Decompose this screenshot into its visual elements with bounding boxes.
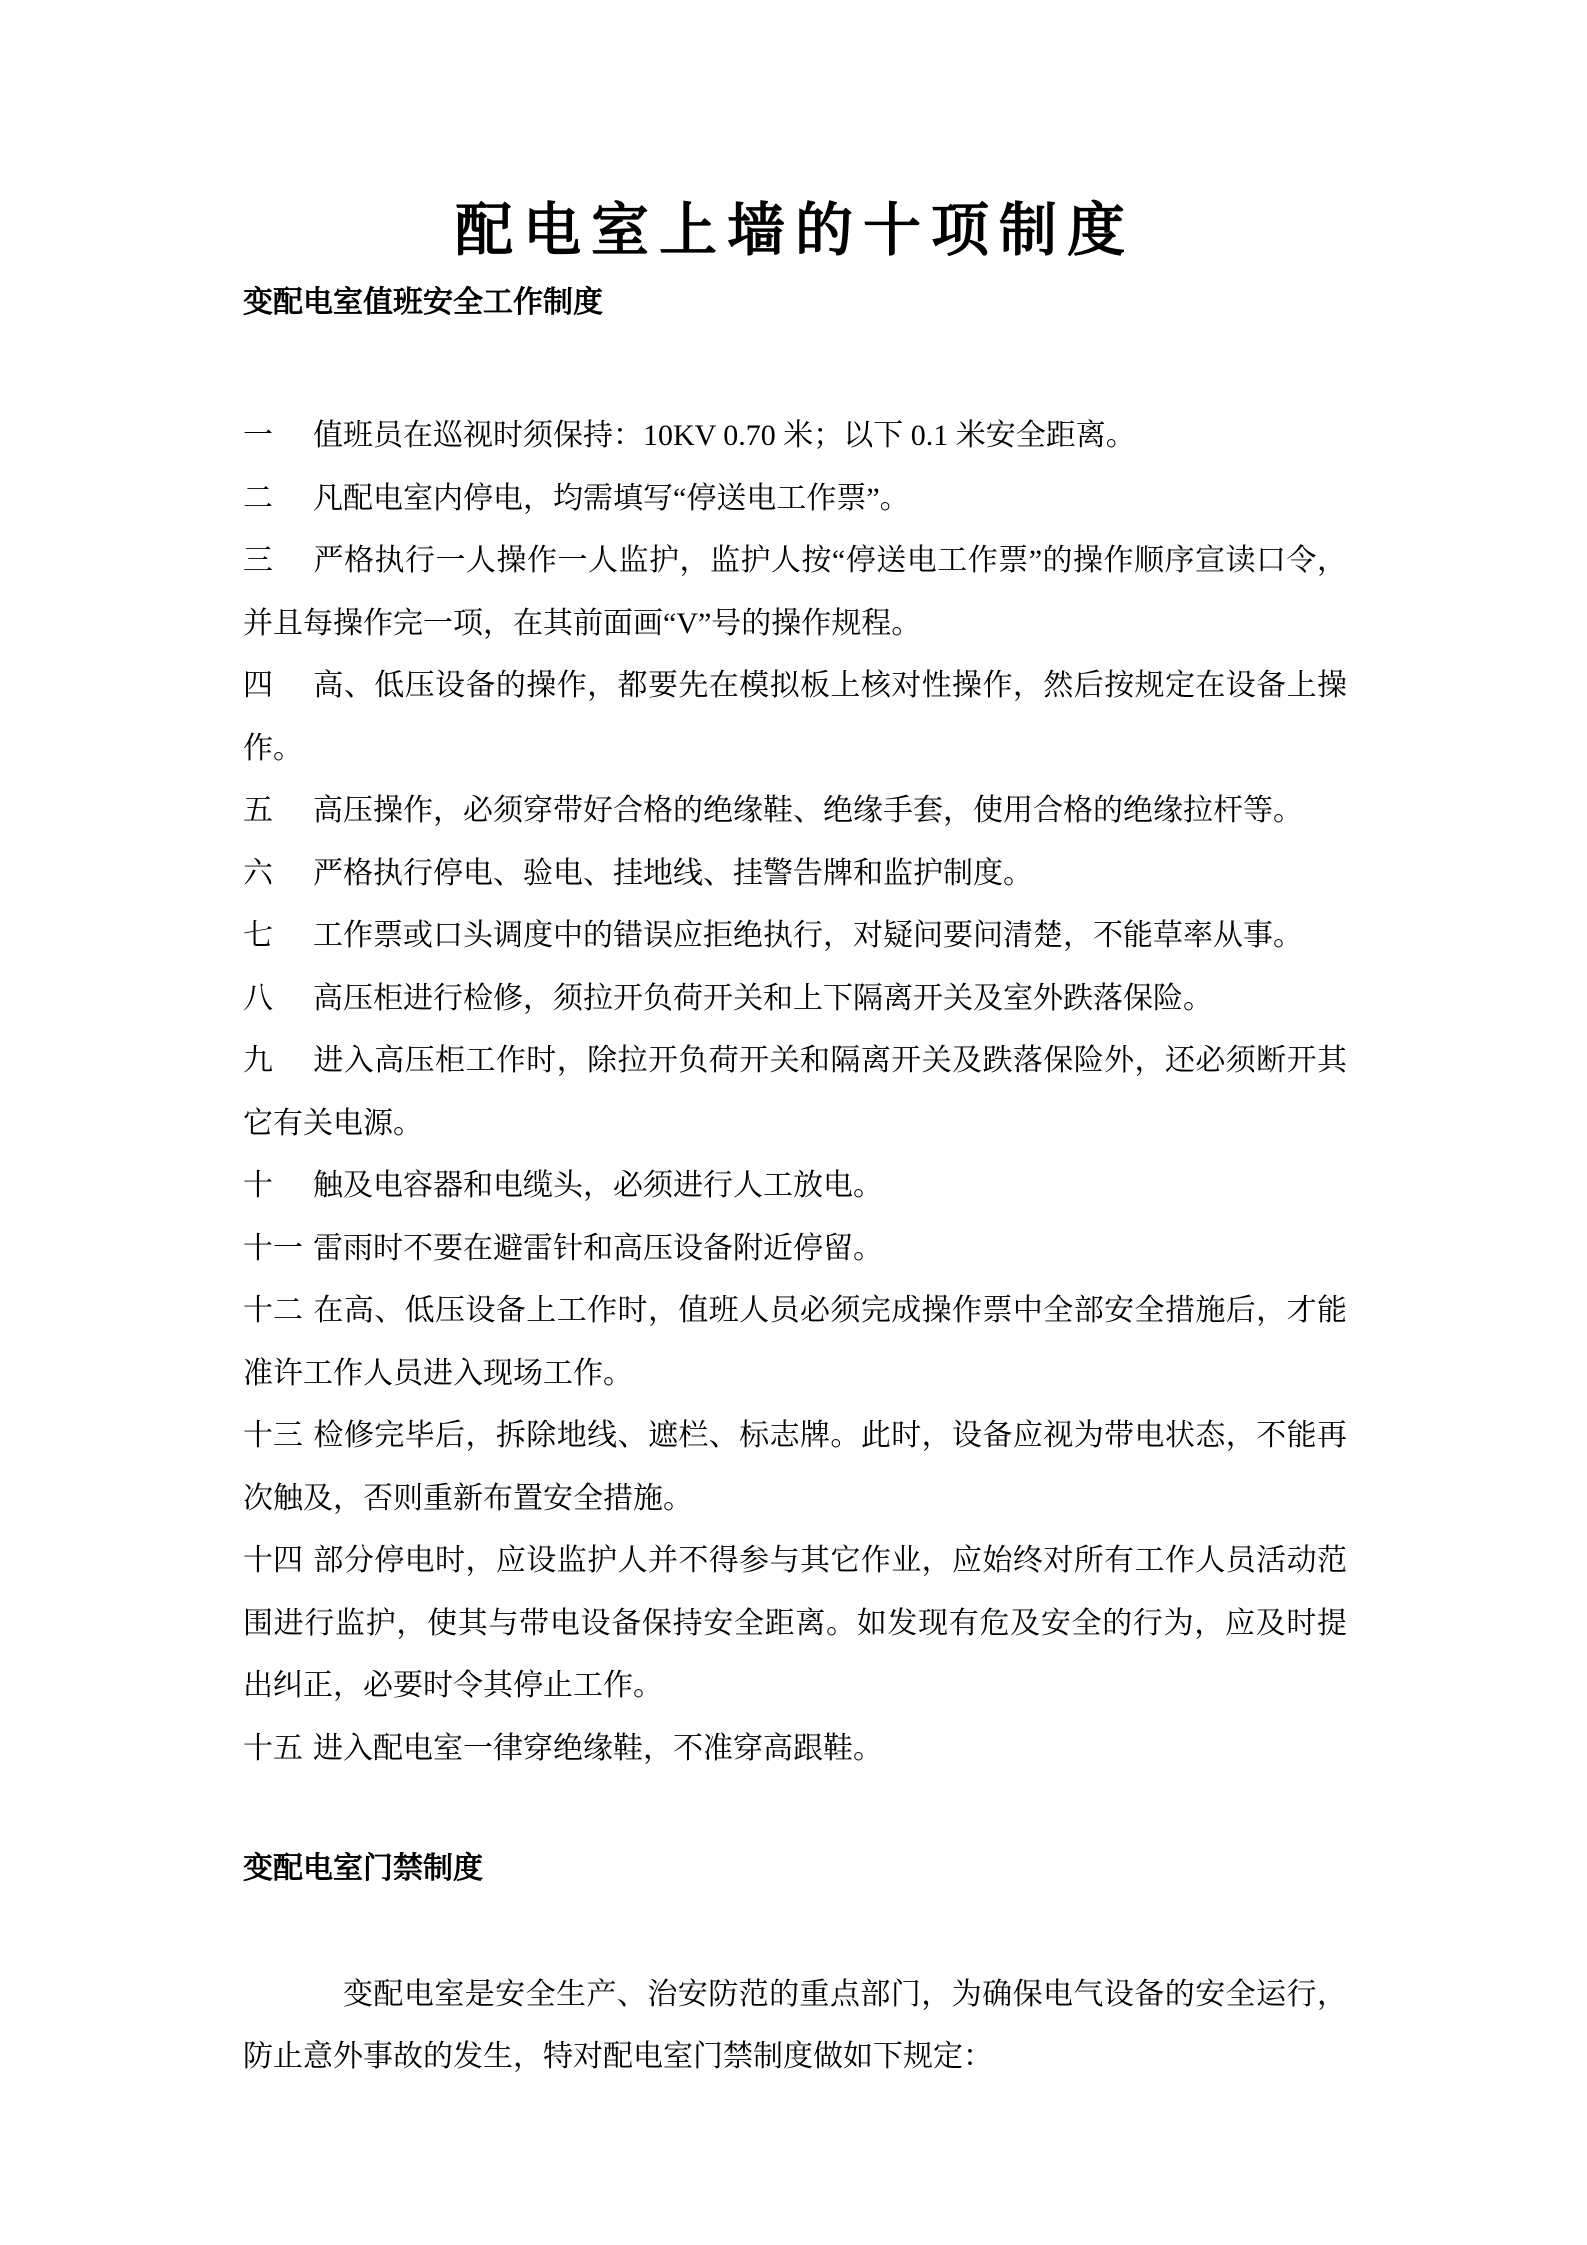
item-text: 严格执行一人操作一人监护，监护人按“停送电工作票”的操作顺序宣读口令，并且每操作… (243, 544, 1347, 640)
list-item: 二凡配电室内停电，均需填写“停送电工作票”。 (243, 468, 1347, 531)
item-number: 九 (243, 1030, 313, 1093)
list-item: 一值班员在巡视时须保持：10KV 0.70 米；以下 0.1 米安全距离。 (243, 405, 1347, 468)
item-number: 七 (243, 905, 313, 968)
item-number: 十二 (243, 1280, 313, 1343)
document-title: 配电室上墙的十项制度 (243, 192, 1347, 270)
item-number: 十四 (243, 1530, 313, 1593)
document-page: 配电室上墙的十项制度 变配电室值班安全工作制度 一值班员在巡视时须保持：10KV… (0, 0, 1587, 2245)
list-item: 十二在高、低压设备上工作时，值班人员必须完成操作票中全部安全措施后，才能准许工作… (243, 1280, 1347, 1405)
list-item: 十一雷雨时不要在避雷针和高压设备附近停留。 (243, 1218, 1347, 1281)
item-text: 工作票或口头调度中的错误应拒绝执行，对疑问要问清楚，不能草率从事。 (313, 919, 1303, 952)
item-number: 六 (243, 843, 313, 906)
item-text: 严格执行停电、验电、挂地线、挂警告牌和监护制度。 (313, 857, 1033, 890)
list-item: 八高压柜进行检修，须拉开负荷开关和上下隔离开关及室外跌落保险。 (243, 968, 1347, 1031)
item-text: 检修完毕后，拆除地线、遮栏、标志牌。此时，设备应视为带电状态，不能再次触及，否则… (243, 1419, 1347, 1515)
document-content: 配电室上墙的十项制度 变配电室值班安全工作制度 一值班员在巡视时须保持：10KV… (243, 0, 1347, 2089)
item-number: 十三 (243, 1405, 313, 1468)
list-item: 九进入高压柜工作时，除拉开负荷开关和隔离开关及跌落保险外，还必须断开其它有关电源… (243, 1030, 1347, 1155)
item-number: 二 (243, 468, 313, 531)
list-item: 六严格执行停电、验电、挂地线、挂警告牌和监护制度。 (243, 843, 1347, 906)
list-item: 三严格执行一人操作一人监护，监护人按“停送电工作票”的操作顺序宣读口令，并且每操… (243, 530, 1347, 655)
list-item: 十触及电容器和电缆头，必须进行人工放电。 (243, 1155, 1347, 1218)
item-number: 十 (243, 1155, 313, 1218)
list-item: 十四部分停电时，应设监护人并不得参与其它作业，应始终对所有工作人员活动范围进行监… (243, 1530, 1347, 1718)
item-text: 高压柜进行检修，须拉开负荷开关和上下隔离开关及室外跌落保险。 (313, 982, 1213, 1015)
list-item: 十五进入配电室一律穿绝缘鞋，不准穿高跟鞋。 (243, 1718, 1347, 1781)
rules-list: 一值班员在巡视时须保持：10KV 0.70 米；以下 0.1 米安全距离。 二凡… (243, 405, 1347, 1780)
section-heading-access: 变配电室门禁制度 (243, 1838, 1347, 1901)
item-text: 进入配电室一律穿绝缘鞋，不准穿高跟鞋。 (313, 1732, 883, 1765)
item-number: 五 (243, 780, 313, 843)
item-text: 雷雨时不要在避雷针和高压设备附近停留。 (313, 1232, 883, 1265)
item-text: 高、低压设备的操作，都要先在模拟板上核对性操作，然后按规定在设备上操作。 (243, 669, 1347, 765)
item-number: 三 (243, 530, 313, 593)
item-number: 四 (243, 655, 313, 718)
list-item: 七工作票或口头调度中的错误应拒绝执行，对疑问要问清楚，不能草率从事。 (243, 905, 1347, 968)
item-text: 进入高压柜工作时，除拉开负荷开关和隔离开关及跌落保险外，还必须断开其它有关电源。 (243, 1044, 1347, 1140)
list-item: 四高、低压设备的操作，都要先在模拟板上核对性操作，然后按规定在设备上操作。 (243, 655, 1347, 780)
item-text: 高压操作，必须穿带好合格的绝缘鞋、绝缘手套，使用合格的绝缘拉杆等。 (313, 794, 1303, 827)
item-text: 凡配电室内停电，均需填写“停送电工作票”。 (313, 482, 910, 515)
list-item: 十三检修完毕后，拆除地线、遮栏、标志牌。此时，设备应视为带电状态，不能再次触及，… (243, 1405, 1347, 1530)
item-text: 部分停电时，应设监护人并不得参与其它作业，应始终对所有工作人员活动范围进行监护，… (243, 1544, 1347, 1702)
item-number: 十一 (243, 1218, 313, 1281)
item-number: 八 (243, 968, 313, 1031)
item-text: 值班员在巡视时须保持：10KV 0.70 米；以下 0.1 米安全距离。 (313, 419, 1136, 452)
item-text: 在高、低压设备上工作时，值班人员必须完成操作票中全部安全措施后，才能准许工作人员… (243, 1294, 1347, 1390)
section-heading-duty: 变配电室值班安全工作制度 (243, 280, 1347, 325)
item-number: 十五 (243, 1718, 313, 1781)
item-number: 一 (243, 405, 313, 468)
item-text: 触及电容器和电缆头，必须进行人工放电。 (313, 1169, 883, 1202)
list-item: 五高压操作，必须穿带好合格的绝缘鞋、绝缘手套，使用合格的绝缘拉杆等。 (243, 780, 1347, 843)
access-intro-paragraph: 变配电室是安全生产、治安防范的重点部门，为确保电气设备的安全运行，防止意外事故的… (243, 1964, 1347, 2089)
